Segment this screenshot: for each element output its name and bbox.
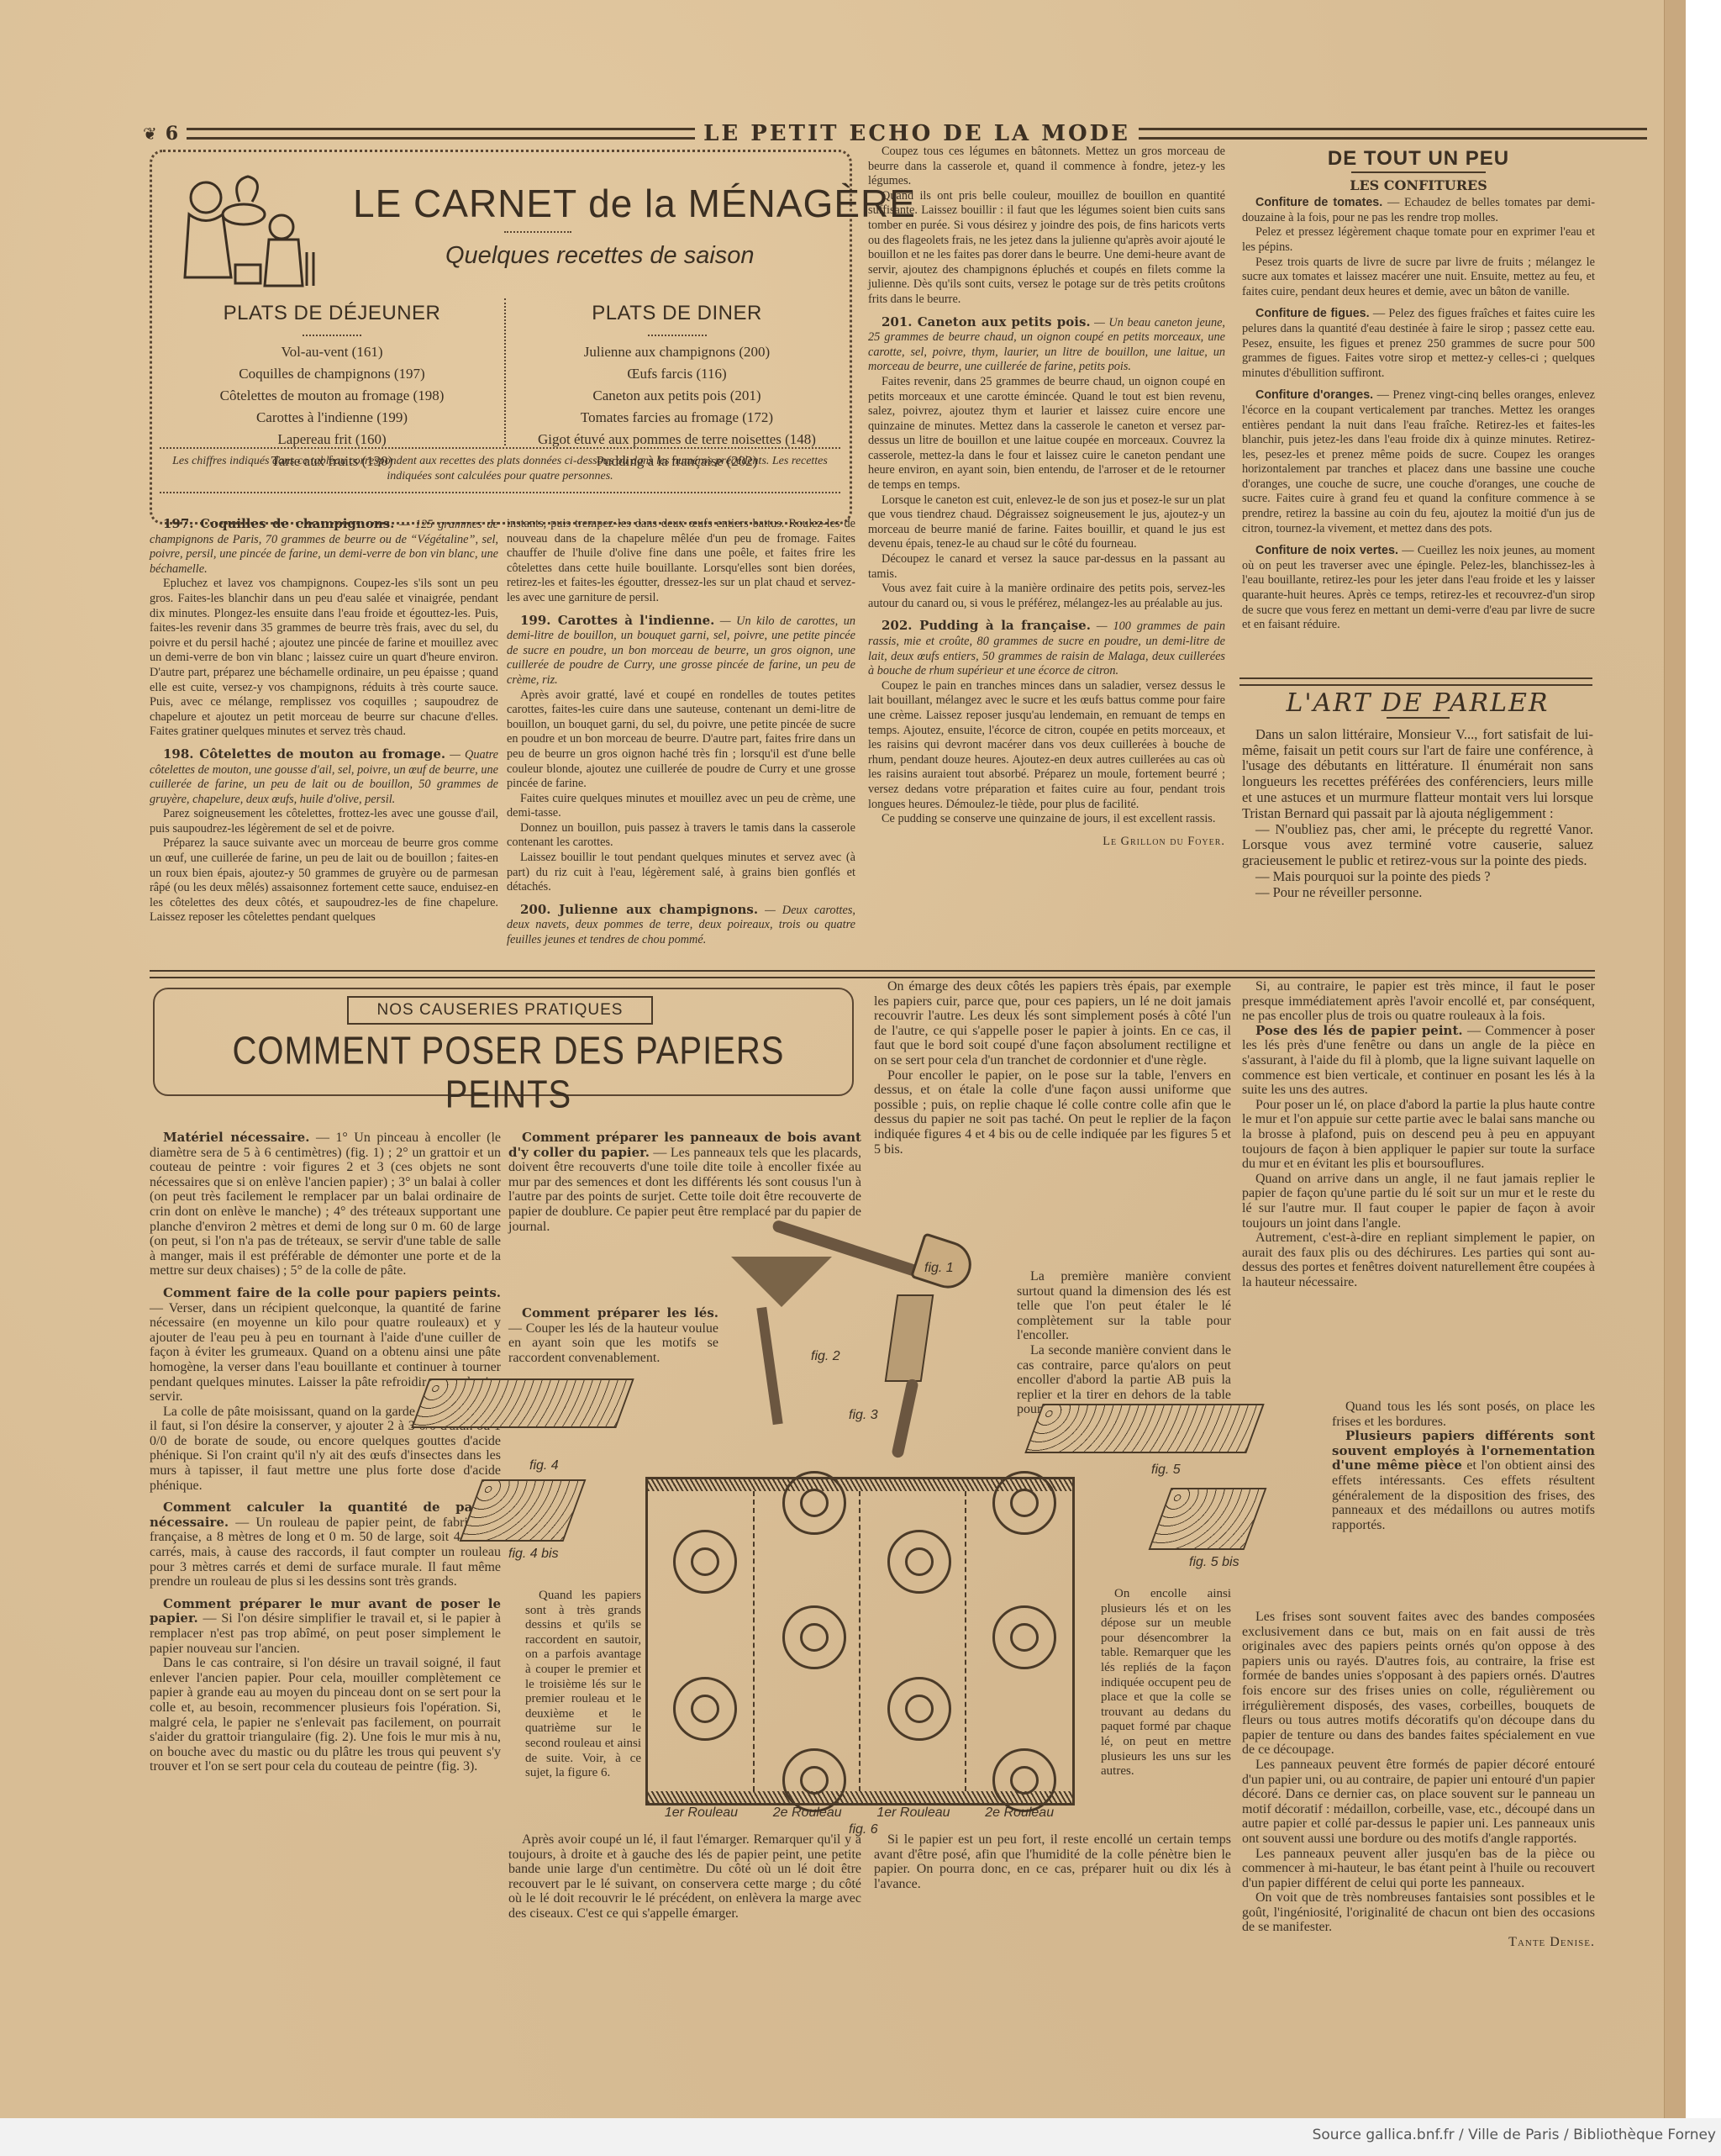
menu-item: Côtelettes de mouton au fromage (198) [168, 385, 496, 407]
heading-rule [1351, 171, 1486, 173]
paragraph-text: Si, au contraire, le papier est très min… [1242, 979, 1595, 1024]
menu-item: Caneton aux petits pois (201) [511, 385, 843, 407]
paragraph-title: Comment faire de la colle pour papiers p… [163, 1285, 501, 1300]
paragraph-title: Matériel nécessaire. [163, 1130, 309, 1145]
paragraph-text: On voit que de très nombreuses fantaisie… [1242, 1890, 1595, 1935]
paragraph-text: La première manière convient surtout qua… [1017, 1269, 1231, 1343]
masthead-rule-left [187, 128, 695, 140]
roll-label: 2e Rouleau [985, 1805, 1054, 1821]
ornament-icon: ❦ [143, 124, 157, 145]
separator [303, 335, 361, 336]
causeries-column-4-lower: Les frises sont souvent faites avec des … [1242, 1610, 1595, 1950]
paragraph-text: Pour encoller le papier, on le pose sur … [874, 1068, 1231, 1157]
item-title: Confiture de figues. [1255, 307, 1370, 320]
fig1-label: fig. 1 [924, 1261, 954, 1276]
carnet-note: Les chiffres indiqués dans ce tableau co… [160, 454, 840, 484]
cooks-illustration-icon [164, 168, 332, 303]
paragraph-text: Après avoir coupé un lé, il faut l'émarg… [508, 1832, 861, 1921]
item-title: Confiture d'oranges. [1255, 388, 1373, 402]
paragraph-text: Dans le cas contraire, si l'on désire un… [150, 1656, 501, 1774]
note-rule-bottom [160, 492, 840, 493]
carnet-title: LE CARNET de la MÉNAGÈRE [353, 181, 916, 226]
paragraph-text: Si le papier est un peu fort, il reste e… [874, 1832, 1231, 1891]
note-rule-top [160, 447, 840, 449]
recipe-text: instants, puis trempez-les dans deux œuf… [507, 517, 855, 606]
causeries-column-3-lower: On encolle ainsi plusieurs lés et on les… [1101, 1587, 1231, 1779]
recipe-text: Après avoir gratté, lavé et coupé en ron… [507, 688, 855, 792]
roll-label: 2e Rouleau [773, 1805, 842, 1821]
recipe-text: Quand ils ont pris belle couleur, mouill… [868, 189, 1225, 308]
floral-motif-icon [992, 1748, 1056, 1812]
recipe-text: Laissez bouillir le tout pendant quelque… [507, 851, 855, 895]
recipe-title: 197. Coquilles de champignons. [163, 516, 394, 531]
source-credit: Source gallica.bnf.fr / Ville de Paris /… [1313, 2127, 1716, 2143]
separator [648, 335, 707, 336]
item-text: Pelez et pressez légèrement chaque tomat… [1242, 225, 1595, 255]
paragraph-text: Autrement, c'est-à-dire en repliant simp… [1242, 1231, 1595, 1289]
paragraph-text: Les panneaux peuvent être formés de papi… [1242, 1758, 1595, 1847]
recipe-text: Découpez le canard et versez la sauce pa… [868, 552, 1225, 582]
menu-item: Tomates farcies au fromage (172) [511, 407, 843, 429]
roll-label: 1er Rouleau [665, 1805, 738, 1821]
causeries-column-3-bottom: Si le papier est un peu fort, il reste e… [874, 1832, 1231, 1891]
causeries-column-4: Si, au contraire, le papier est très min… [1242, 979, 1595, 1289]
anecdote-text: — Pour ne réveiller personne. [1242, 885, 1593, 901]
figure-6-wallpaper [645, 1477, 1075, 1805]
menu-item: Julienne aux champignons (200) [511, 341, 843, 363]
paragraph-text: Pour poser un lé, on place d'abord la pa… [1242, 1098, 1595, 1172]
section-divider [150, 970, 1595, 978]
publication-title: LE PETIT ECHO DE LA MODE [703, 121, 1130, 146]
recipes-column-2: instants, puis trempez-les dans deux œuf… [507, 517, 855, 948]
causeries-badge: NOS CAUSERIES PRATIQUES [347, 996, 653, 1025]
item-title: Confiture de noix vertes. [1255, 544, 1398, 557]
paragraph-text: On émarge des deux côtés les papiers trè… [874, 979, 1231, 1068]
menu-divider [504, 298, 506, 445]
causeries-column-1: Matériel nécessaire. — 1° Un pinceau à e… [150, 1131, 501, 1774]
title-separator [504, 231, 571, 233]
paragraph-title: Comment préparer les lés. [522, 1305, 718, 1320]
recipe-text: Donnez un bouillon, puis passez à traver… [507, 821, 855, 851]
recipes-column-1: 197. Coquilles de champignons. — 125 gra… [150, 517, 498, 925]
recipes-column-3: Coupez tous ces légumes en bâtonnets. Me… [868, 145, 1225, 849]
fig4-label: fig. 4 [529, 1458, 559, 1473]
floral-motif-icon [782, 1605, 846, 1669]
anecdote-text: — N'oubliez pas, cher ami, le précepte d… [1242, 822, 1593, 869]
paragraph-text: — 1° Un pinceau à encoller (le diamètre … [150, 1131, 501, 1278]
recipe-title: 201. Caneton aux petits pois. [882, 314, 1091, 329]
masthead: ❦ 6 LE PETIT ECHO DE LA MODE [143, 120, 1647, 147]
fig5-label: fig. 5 [1151, 1463, 1181, 1478]
floral-motif-icon [673, 1677, 737, 1741]
item-title: Confiture de tomates. [1255, 196, 1382, 209]
page-edge [1664, 0, 1686, 2118]
tout-un-peu-heading: DE TOUT UN PEU [1242, 151, 1595, 166]
paragraph-text: — Couper les lés de la hauteur voulue en… [508, 1321, 718, 1365]
roll-labels: 1er Rouleau 2e Rouleau 1er Rouleau 2e Ro… [647, 1805, 1071, 1821]
floral-motif-icon [782, 1748, 846, 1812]
figure-3-knife [882, 1294, 950, 1463]
floral-motif-icon [673, 1530, 737, 1594]
floral-motif-icon [782, 1471, 846, 1535]
causeries-column-4-narrow: Quand tous les lés sont posés, on place … [1332, 1400, 1595, 1532]
art-de-parler-heading: L'ART DE PARLER [1242, 696, 1593, 712]
paragraph-text: On encolle ainsi plusieurs lés et on les… [1101, 1587, 1231, 1779]
causeries-column-3: On émarge des deux côtés les papiers trè… [874, 979, 1231, 1157]
menu-item: Vol-au-vent (161) [168, 341, 496, 363]
paragraph-text: Quand tous les lés sont posés, on place … [1332, 1400, 1595, 1429]
art-de-parler-column: L'ART DE PARLER Dans un salon littéraire… [1242, 696, 1593, 901]
paragraph-text: Les frises sont souvent faites avec des … [1242, 1610, 1595, 1758]
figure-5-folded-paper [1024, 1404, 1264, 1453]
paragraph-text: Quand les papiers sont à très grands des… [525, 1589, 641, 1781]
carnet-subtitle: Quelques recettes de saison [445, 242, 755, 270]
figure-4-folded-paper [411, 1378, 634, 1428]
floral-motif-icon [887, 1677, 951, 1741]
article-signature: Tante Denise. [1242, 1935, 1595, 1950]
item-text: Pesez trois quarts de livre de sucre par… [1242, 256, 1595, 300]
anecdote-text: — Mais pourquoi sur la pointe des pieds … [1242, 869, 1593, 885]
floral-motif-icon [992, 1471, 1056, 1535]
causeries-column-2-narrow: Comment préparer les lés. — Couper les l… [508, 1299, 718, 1365]
recipe-text: Lorsque le caneton est cuit, enlevez-le … [868, 493, 1225, 552]
confitures-heading: LES CONFITURES [1242, 178, 1595, 193]
fig2-label: fig. 2 [811, 1349, 840, 1364]
causeries-title: COMMENT POSER DES PAPIERS PEINTS [202, 1030, 815, 1117]
section-rule [1239, 677, 1592, 686]
recipe-text: Epluchez et lavez vos champignons. Coupe… [150, 577, 498, 740]
recipe-title: 199. Carottes à l'indienne. [520, 613, 714, 628]
floral-motif-icon [992, 1605, 1056, 1669]
recipe-text: Coupez le pain en tranches minces dans u… [868, 679, 1225, 812]
recipe-text: Ce pudding se conserve une quinzaine de … [868, 812, 1225, 827]
causeries-column-2-bottom: Après avoir coupé un lé, il faut l'émarg… [508, 1832, 861, 1921]
item-text: — Prenez vingt-cinq belles oranges, enle… [1242, 388, 1595, 535]
tout-un-peu-column: DE TOUT UN PEU LES CONFITURES Confiture … [1242, 151, 1595, 633]
paragraph-title: Pose des lés de papier peint. [1255, 1023, 1463, 1038]
anecdote-text: Dans un salon littéraire, Monsieur V...,… [1242, 727, 1593, 822]
paragraph-text: Quand on arrive dans un angle, il ne fau… [1242, 1172, 1595, 1231]
paragraph-text: — Si l'on désire simplifier le travail e… [150, 1611, 501, 1655]
recipe-title: 202. Pudding à la française. [882, 618, 1091, 633]
recipe-title: 200. Julienne aux champignons. [520, 902, 758, 917]
recipe-text: Préparez la sauce suivante avec un morce… [150, 836, 498, 925]
menu-heading-dejeuner: PLATS DE DÉJEUNER [168, 303, 496, 324]
roll-label: 1er Rouleau [876, 1805, 950, 1821]
paragraph-text: Les panneaux peuvent aller jusqu'en bas … [1242, 1847, 1595, 1891]
recipe-text: Vous avez fait cuire à la manière ordina… [868, 582, 1225, 611]
menu-heading-diner: PLATS DE DINER [511, 303, 843, 324]
recipe-text: Faites revenir, dans 25 grammes de beurr… [868, 375, 1225, 493]
recipe-text: Faites cuire quelques minutes et mouille… [507, 792, 855, 821]
menu-item: Œufs farcis (116) [511, 363, 843, 385]
menu-item: Carottes à l'indienne (199) [168, 407, 496, 429]
fig5b-label: fig. 5 bis [1189, 1555, 1239, 1570]
floral-motif-icon [887, 1530, 951, 1594]
figure-2-scraper [731, 1257, 832, 1433]
fig3-label: fig. 3 [849, 1408, 878, 1423]
recipe-title: 198. Côtelettes de mouton au fromage. [163, 746, 445, 762]
fig6-label: fig. 6 [849, 1822, 878, 1837]
page-number: 6 [166, 123, 178, 145]
recipe-text: Coupez tous ces légumes en bâtonnets. Me… [868, 145, 1225, 189]
causeries-column-3-narrow: La première manière convient surtout qua… [1017, 1269, 1231, 1417]
fig4b-label: fig. 4 bis [508, 1547, 559, 1562]
causeries-column-2-lower: Quand les papiers sont à très grands des… [525, 1589, 641, 1781]
recipe-text: Parez soigneusement les côtelettes, frot… [150, 807, 498, 836]
masthead-rule-right [1139, 128, 1647, 140]
recipe-signature: Le Grillon du Foyer. [868, 835, 1225, 850]
menu-item: Coquilles de champignons (197) [168, 363, 496, 385]
